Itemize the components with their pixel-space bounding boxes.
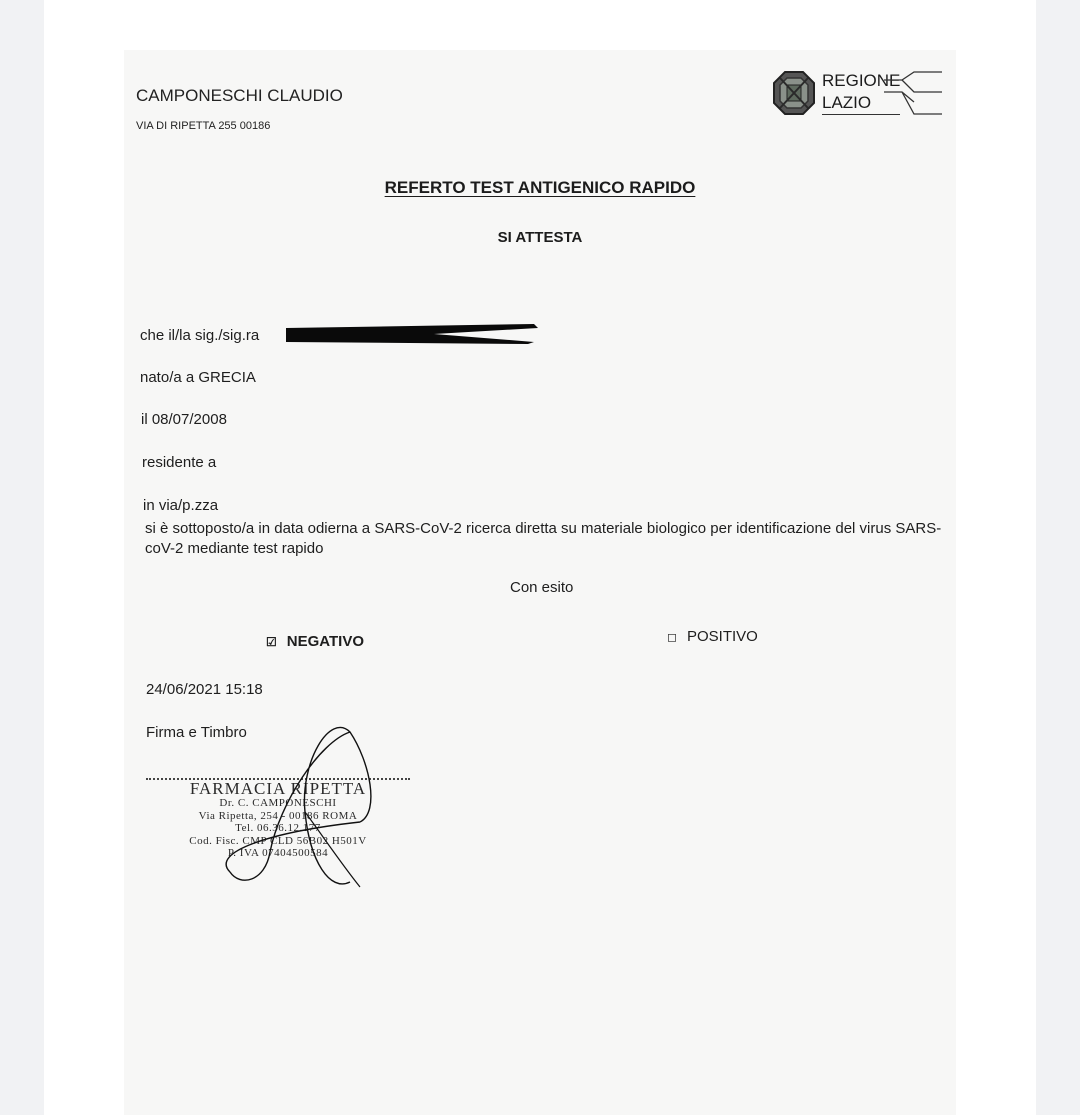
option-positivo-label: POSITIVO [687,628,758,645]
regione-lazio-logo: REGIONE LAZIO [772,70,942,118]
option-negativo: ☑ NEGATIVO [266,633,364,650]
sender-address: VIA DI RIPETTA 255 00186 [136,120,270,132]
residence-field: residente a [142,454,216,471]
option-negativo-label: NEGATIVO [287,633,364,650]
regione-lazio-emblem-icon [772,70,816,116]
birthdate-field: il 08/07/2008 [141,411,227,428]
logo-decoration-icon [884,70,944,118]
handwritten-signature-icon [210,722,390,892]
test-statement: si è sottoposto/a in data odierna a SARS… [145,519,945,559]
unchecked-box-icon: ◻ [667,630,677,644]
option-positivo: ◻ POSITIVO [667,628,758,645]
document-subtitle: SI ATTESTA [0,229,1080,246]
sender-name: CAMPONESCHI CLAUDIO [136,86,343,106]
birthplace-field: nato/a a GRECIA [140,369,256,386]
outcome-label: Con esito [510,579,573,596]
checked-box-icon: ☑ [266,635,277,649]
redaction-mark [284,322,539,344]
street-field: in via/p.zza [143,497,218,514]
test-datetime: 24/06/2021 15:18 [146,681,263,698]
patient-name-label: che il/la sig./sig.ra [140,327,259,344]
document-title: REFERTO TEST ANTIGENICO RAPIDO [0,178,1080,198]
